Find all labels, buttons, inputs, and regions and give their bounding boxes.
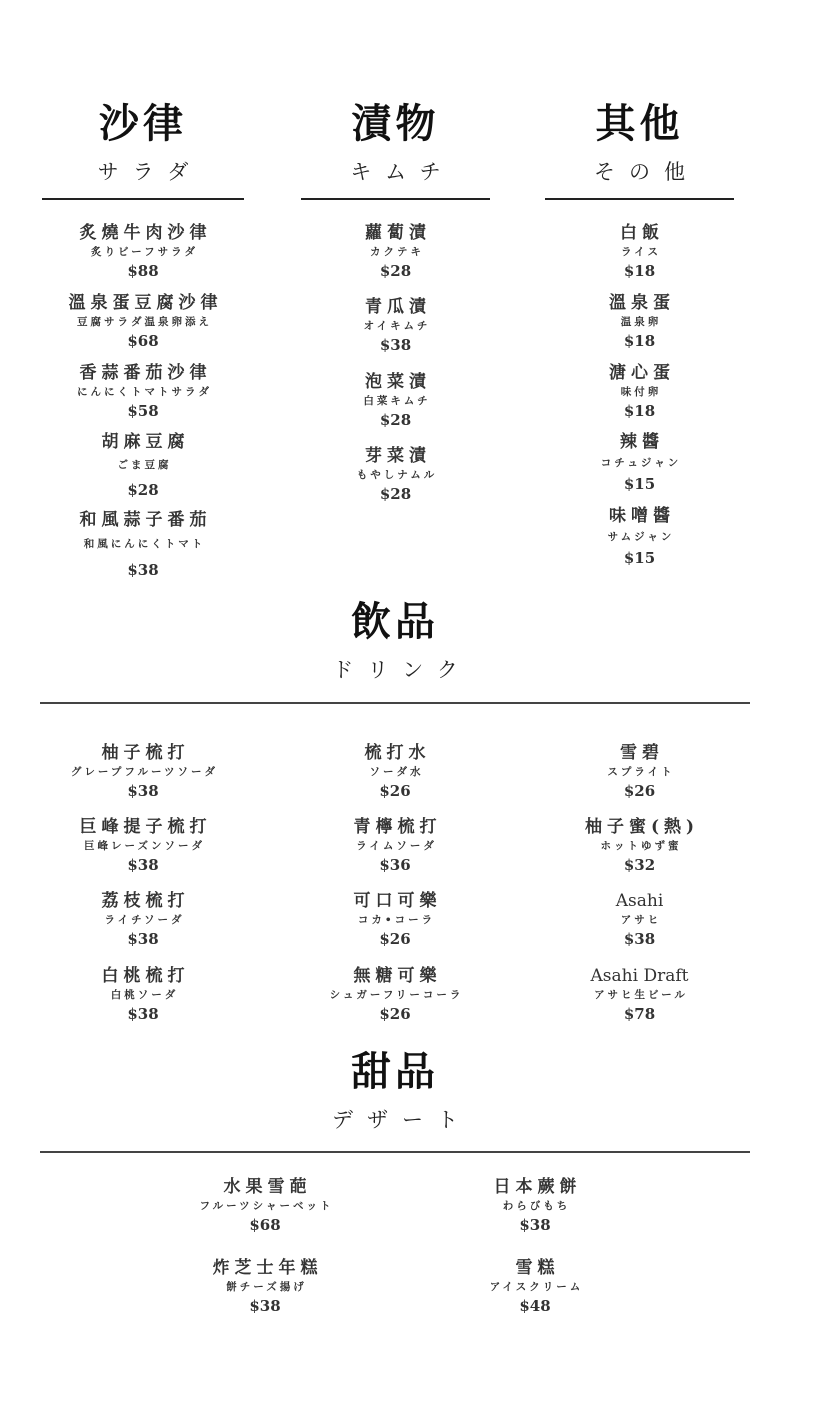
desserts-col-2: 日本蕨餅 わらびもち $38 雪糕 アイスクリーム $48 (440, 1176, 630, 1317)
item-price: $18 (545, 400, 734, 422)
item-price: $32 (545, 854, 734, 876)
drinks-divider (40, 702, 750, 704)
item-price: $15 (545, 547, 734, 569)
others-header: 其他 その他 (545, 100, 734, 186)
item-price: $26 (295, 1003, 495, 1025)
item-jp-name: コカ•コーラ (295, 912, 495, 928)
menu-item: 辣醬 コチュジャン $15 (545, 431, 734, 505)
menu-item: 荔枝梳打 ライチソーダ $38 (42, 890, 244, 965)
item-name: 青瓜漬 (301, 296, 490, 318)
menu-item: Asahi アサヒ $38 (545, 890, 734, 965)
item-price: $38 (42, 1003, 244, 1025)
drinks-col-2: 梳打水 ソーダ水 $26 青檸梳打 ライムソーダ $36 可口可樂 コカ•コーラ… (295, 742, 495, 1025)
pickles-title: 漬物 (301, 100, 490, 148)
pickles-divider (301, 198, 490, 200)
item-name: 白飯 (545, 222, 734, 244)
menu-item: 香蒜番茄沙律 にんにくトマトサラダ $58 (42, 362, 244, 431)
item-name: 溫泉蛋 (545, 292, 734, 314)
desserts-title: 甜品 (290, 1048, 500, 1096)
item-price: $58 (42, 400, 244, 422)
item-name: 梳打水 (295, 742, 495, 764)
pickles-header: 漬物 キムチ (301, 100, 490, 186)
drinks-subtitle: ドリンク (290, 656, 500, 684)
menu-item: 和風蒜子番茄 和風にんにくトマト $38 (42, 509, 244, 583)
item-name: 荔枝梳打 (42, 890, 244, 912)
item-price: $18 (545, 330, 734, 352)
drinks-header: 飲品 ドリンク (290, 598, 500, 684)
drinks-col-1: 柚子梳打 グレープフルーツソーダ $38 巨峰提子梳打 巨峰レーズンソーダ $3… (42, 742, 244, 1025)
pickles-subtitle: キムチ (301, 158, 490, 186)
pickles-list: 蘿蔔漬 カクテキ $28 青瓜漬 オイキムチ $38 泡菜漬 白菜キムチ $28… (301, 222, 490, 505)
item-name: 白桃梳打 (42, 965, 244, 987)
salad-header: 沙律 サラダ (42, 100, 244, 186)
item-jp-name: ライチソーダ (42, 912, 244, 928)
item-jp-name: 温泉卵 (545, 314, 734, 330)
menu-item: 水果雪葩 フルーツシャーベット $68 (170, 1176, 360, 1257)
item-name: 水果雪葩 (170, 1176, 360, 1198)
item-jp-name: アサヒ生ビール (545, 987, 734, 1003)
item-price: $78 (545, 1003, 734, 1025)
item-price: $38 (42, 854, 244, 876)
item-jp-name: オイキムチ (301, 318, 490, 334)
item-name: 炙燒牛肉沙律 (42, 222, 244, 244)
item-price: $88 (42, 260, 244, 282)
item-jp-name: 味付卵 (545, 384, 734, 400)
salad-list: 炙燒牛肉沙律 炙りビーフサラダ $88 溫泉蛋豆腐沙律 豆腐サラダ温泉卵添え $… (42, 222, 244, 583)
item-name: 泡菜漬 (301, 371, 490, 393)
menu-item: 白桃梳打 白桃ソーダ $38 (42, 965, 244, 1025)
item-name: 雪碧 (545, 742, 734, 764)
item-price: $26 (545, 780, 734, 802)
item-name: 香蒜番茄沙律 (42, 362, 244, 384)
item-jp-name: スプライト (545, 764, 734, 780)
item-price: $48 (440, 1295, 630, 1317)
item-jp-name: わらびもち (440, 1198, 630, 1214)
item-name: 辣醬 (545, 431, 734, 453)
item-price: $38 (170, 1295, 360, 1317)
item-jp-name: フルーツシャーベット (170, 1198, 360, 1214)
item-jp-name: 白桃ソーダ (42, 987, 244, 1003)
item-price: $38 (440, 1214, 630, 1236)
item-price: $18 (545, 260, 734, 282)
item-jp-name: ごま豆腐 (42, 453, 244, 477)
item-jp-name: アイスクリーム (440, 1279, 630, 1295)
item-price: $28 (301, 409, 490, 431)
menu-item: 雪碧 スプライト $26 (545, 742, 734, 816)
item-jp-name: シュガーフリーコーラ (295, 987, 495, 1003)
item-name: 和風蒜子番茄 (42, 509, 244, 531)
item-jp-name: もやしナムル (301, 467, 490, 483)
menu-item: 雪糕 アイスクリーム $48 (440, 1257, 630, 1317)
item-name: 柚子梳打 (42, 742, 244, 764)
menu-item: 白飯 ライス $18 (545, 222, 734, 292)
item-name: 蘿蔔漬 (301, 222, 490, 244)
item-name: 芽菜漬 (301, 445, 490, 467)
menu-item: 蘿蔔漬 カクテキ $28 (301, 222, 490, 296)
item-jp-name: アサヒ (545, 912, 734, 928)
item-jp-name: 白菜キムチ (301, 393, 490, 409)
item-name: 溫泉蛋豆腐沙律 (42, 292, 244, 314)
menu-item: 芽菜漬 もやしナムル $28 (301, 445, 490, 505)
item-price: $38 (42, 928, 244, 950)
item-name: 溏心蛋 (545, 362, 734, 384)
item-jp-name: コチュジャン (545, 453, 734, 473)
others-subtitle: その他 (545, 158, 734, 186)
item-jp-name: 豆腐サラダ温泉卵添え (42, 314, 244, 330)
menu-item: 溏心蛋 味付卵 $18 (545, 362, 734, 431)
menu-item: 胡麻豆腐 ごま豆腐 $28 (42, 431, 244, 509)
item-jp-name: ライス (545, 244, 734, 260)
item-jp-name: サムジャン (545, 527, 734, 547)
item-jp-name: 和風にんにくトマト (42, 531, 244, 557)
item-name: 巨峰提子梳打 (42, 816, 244, 838)
salad-divider (42, 198, 244, 200)
menu-item: 日本蕨餅 わらびもち $38 (440, 1176, 630, 1257)
item-name: 雪糕 (440, 1257, 630, 1279)
menu-item: 炙燒牛肉沙律 炙りビーフサラダ $88 (42, 222, 244, 292)
desserts-col-1: 水果雪葩 フルーツシャーベット $68 炸芝士年糕 餅チーズ揚げ $38 (170, 1176, 360, 1317)
item-price: $38 (545, 928, 734, 950)
item-price: $28 (42, 477, 244, 503)
menu-item: 青檸梳打 ライムソーダ $36 (295, 816, 495, 890)
menu-item: 味噌醬 サムジャン $15 (545, 505, 734, 569)
drinks-title: 飲品 (290, 598, 500, 646)
menu-item: 柚子蜜(熱) ホットゆず蜜 $32 (545, 816, 734, 890)
item-price: $68 (42, 330, 244, 352)
item-price: $26 (295, 928, 495, 950)
item-price: $28 (301, 483, 490, 505)
menu-item: 可口可樂 コカ•コーラ $26 (295, 890, 495, 965)
desserts-divider (40, 1151, 750, 1153)
item-price: $68 (170, 1214, 360, 1236)
item-jp-name: にんにくトマトサラダ (42, 384, 244, 400)
salad-title: 沙律 (42, 100, 244, 148)
item-name: 無糖可樂 (295, 965, 495, 987)
item-jp-name: グレープフルーツソーダ (42, 764, 244, 780)
item-price: $38 (42, 780, 244, 802)
item-jp-name: カクテキ (301, 244, 490, 260)
item-jp-name: 巨峰レーズンソーダ (42, 838, 244, 854)
item-price: $15 (545, 473, 734, 495)
item-jp-name: 餅チーズ揚げ (170, 1279, 360, 1295)
item-name: Asahi Draft (545, 965, 734, 987)
item-name: Asahi (545, 890, 734, 912)
item-price: $38 (42, 557, 244, 583)
salad-subtitle: サラダ (42, 158, 244, 186)
item-jp-name: ホットゆず蜜 (545, 838, 734, 854)
item-price: $28 (301, 260, 490, 282)
item-name: 日本蕨餅 (440, 1176, 630, 1198)
item-price: $36 (295, 854, 495, 876)
menu-item: 溫泉蛋 温泉卵 $18 (545, 292, 734, 362)
menu-item: 青瓜漬 オイキムチ $38 (301, 296, 490, 371)
others-divider (545, 198, 734, 200)
desserts-header: 甜品 デザート (290, 1048, 500, 1134)
item-price: $26 (295, 780, 495, 802)
drinks-col-3: 雪碧 スプライト $26 柚子蜜(熱) ホットゆず蜜 $32 Asahi アサヒ… (545, 742, 734, 1025)
item-price: $38 (301, 334, 490, 356)
item-name: 青檸梳打 (295, 816, 495, 838)
menu-item: 梳打水 ソーダ水 $26 (295, 742, 495, 816)
others-list: 白飯 ライス $18 溫泉蛋 温泉卵 $18 溏心蛋 味付卵 $18 辣醬 コチ… (545, 222, 734, 569)
item-name: 柚子蜜(熱) (545, 816, 734, 838)
menu-item: 泡菜漬 白菜キムチ $28 (301, 371, 490, 445)
desserts-subtitle: デザート (290, 1106, 500, 1134)
item-name: 胡麻豆腐 (42, 431, 244, 453)
menu-item: Asahi Draft アサヒ生ビール $78 (545, 965, 734, 1025)
menu-item: 柚子梳打 グレープフルーツソーダ $38 (42, 742, 244, 816)
item-name: 炸芝士年糕 (170, 1257, 360, 1279)
others-title: 其他 (545, 100, 734, 148)
item-jp-name: ライムソーダ (295, 838, 495, 854)
item-jp-name: 炙りビーフサラダ (42, 244, 244, 260)
item-name: 可口可樂 (295, 890, 495, 912)
menu-item: 炸芝士年糕 餅チーズ揚げ $38 (170, 1257, 360, 1317)
item-name: 味噌醬 (545, 505, 734, 527)
menu-item: 巨峰提子梳打 巨峰レーズンソーダ $38 (42, 816, 244, 890)
item-jp-name: ソーダ水 (295, 764, 495, 780)
menu-item: 無糖可樂 シュガーフリーコーラ $26 (295, 965, 495, 1025)
menu-item: 溫泉蛋豆腐沙律 豆腐サラダ温泉卵添え $68 (42, 292, 244, 362)
